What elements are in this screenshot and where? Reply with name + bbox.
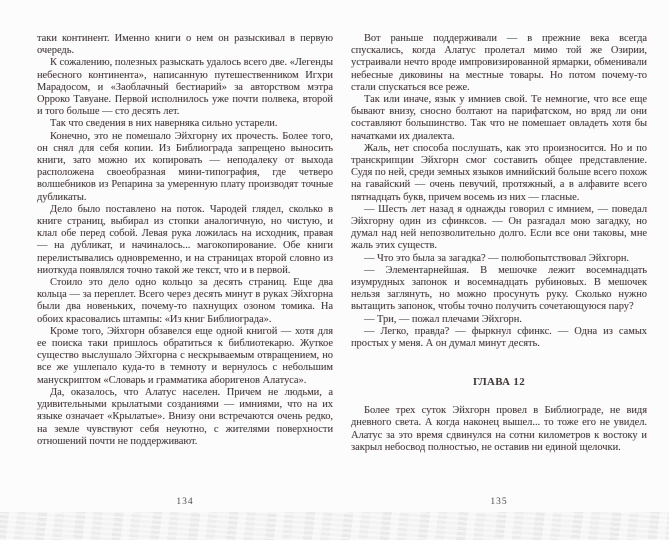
book-page-right: Вот раньше поддерживали — в прежние века…: [351, 33, 647, 454]
paragraph: таки континент. Именно книги о нем он ра…: [37, 33, 333, 57]
paragraph: Так что сведения в них наверняка сильно …: [37, 118, 333, 130]
paragraph: Да, оказалось, что Алатус населен. Приче…: [37, 387, 333, 448]
paragraph: Так или иначе, язык у имниев свой. Те не…: [351, 94, 647, 143]
paragraph: Кроме того, Эйхгорн обзавелся еще одной …: [37, 326, 333, 387]
paragraph: — Что это была за загадка? — полюбопытст…: [351, 253, 647, 265]
paragraph: К сожалению, полезных разыскать удалось …: [37, 57, 333, 118]
paragraph: Жаль, нет способа послушать, как это про…: [351, 143, 647, 204]
paragraph: — Три, — пожал плечами Эйхгорн.: [351, 314, 647, 326]
paragraph: — Элементарнейшая. В мешочке лежит восем…: [351, 265, 647, 314]
paragraph: Дело было поставлено на поток. Чародей г…: [37, 204, 333, 277]
paragraph: — Легко, правда? — фыркнул сфинкс. — Одн…: [351, 326, 647, 350]
scan-bottom-edge-artifact: [0, 512, 669, 540]
page-number-left: 134: [37, 497, 333, 507]
chapter-heading: ГЛАВА 12: [351, 376, 647, 388]
paragraph: Вот раньше поддерживали — в прежние века…: [351, 33, 647, 94]
paragraph: — Шесть лет назад я однажды говорил с им…: [351, 204, 647, 253]
page-left-text-block: таки континент. Именно книги о нем он ра…: [37, 33, 333, 448]
page-right-text-block: Вот раньше поддерживали — в прежние века…: [351, 33, 647, 454]
paragraph: Конечно, это не помешало Эйхгорну их про…: [37, 131, 333, 204]
page-number-right: 135: [351, 497, 647, 507]
book-page-left: таки континент. Именно книги о нем он ра…: [37, 33, 333, 448]
paragraph: Стоило это дело одно кольцо за десять ст…: [37, 277, 333, 326]
paragraph: Более трех суток Эйхгорн провел в Библио…: [351, 405, 647, 454]
